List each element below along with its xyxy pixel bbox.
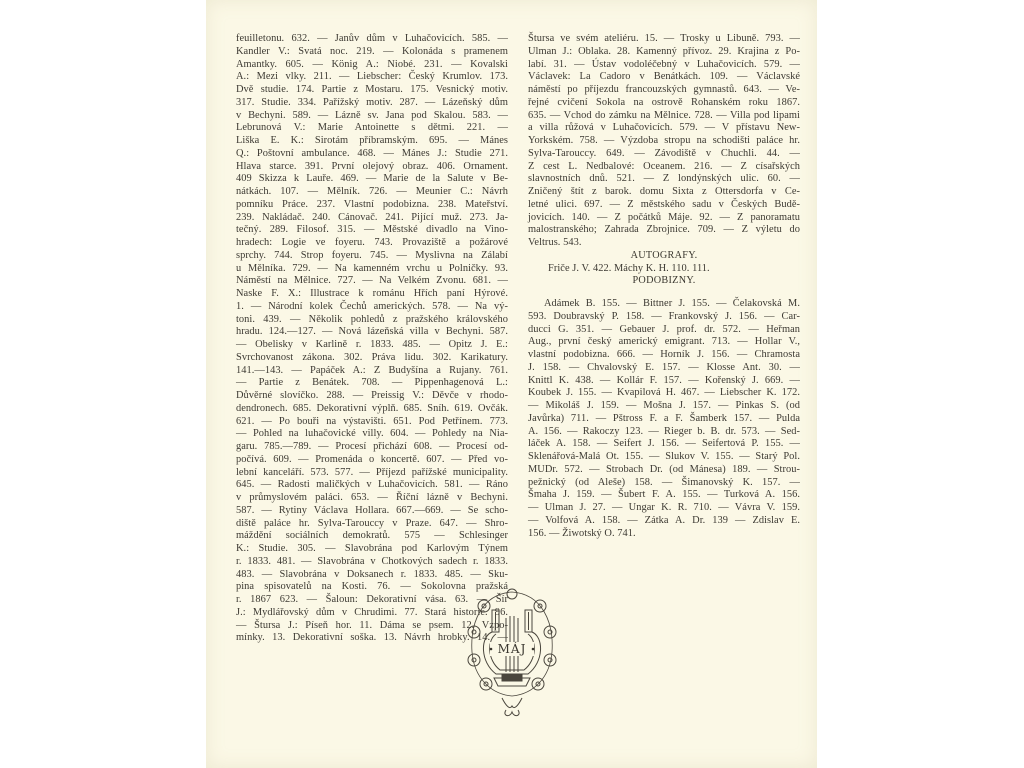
index-line: 621. — Po bouři na výstavišti. 651. Pod … (236, 416, 508, 429)
section-heading-podobizny: PODOBIZNY. (528, 275, 800, 288)
index-line: 587. — Rytiny Václava Hollara. 667.—669.… (236, 505, 508, 518)
index-line: garu. 785.—789. — Procesí přichází 608. … (236, 441, 508, 454)
index-line: — Obelisky v Karlině r. 1833. 485. — Opi… (236, 339, 508, 352)
index-line: Q.: Poštovní ambulance. 468. — Mánes J.:… (236, 148, 508, 161)
index-line: Ulman J.: Oblaka. 28. Kamenný přívoz. 29… (528, 46, 800, 59)
index-line: Lebrunová V.: Marie Antoinette s dětmi. … (236, 122, 508, 135)
index-line: Liška E. K.: Sirotám příbramským. 695. —… (236, 135, 508, 148)
index-line: lební kanceláří. 573. 577. — Příjezd pař… (236, 467, 508, 480)
index-line: 409 Skizza k Lauře. 469. — Marie de la S… (236, 173, 508, 186)
autografy-entries: Friče J. V. 422. Máchy K. H. 110. 111. (528, 263, 800, 276)
index-line: hradech: Logie ve foyeru. 743. Provazišt… (236, 237, 508, 250)
index-line: A.: Mezi vlky. 211. — Liebscher: Český K… (236, 71, 508, 84)
index-line: J. 158. — Chvalovský E. 157. — Klosse An… (528, 362, 800, 375)
index-line: Aug., první český americký emigrant. 713… (528, 336, 800, 349)
index-line: — Mikoláš J. 159. — Mošna J. 157. — Pink… (528, 400, 800, 413)
index-line: Hlava starce. 391. První olejový obraz. … (236, 161, 508, 174)
index-line: Javůrka) 711. — Pštross F. a F. Šamberk … (528, 413, 800, 426)
index-line: r. 1833. 481. — Slavobrána v Chotkových … (236, 556, 508, 569)
index-line: ducci G. 351. — Gebauer J. prof. dr. 572… (528, 324, 800, 337)
index-line: Štursa ve svém ateliéru. 15. — Trosky u … (528, 33, 800, 46)
ornament-monogram: MÁJ (498, 641, 527, 656)
index-line: Z cest L. Nedbalové: Oceanem. 216. — Z c… (528, 161, 800, 174)
index-line: 593. Doubravský P. 158. — Frankovský J. … (528, 311, 800, 324)
index-line: nátkách. 107. — Mělník. 726. — Meunier C… (236, 186, 508, 199)
index-line: vlastní podobizna. 666. — Horník J. 156.… (528, 349, 800, 362)
index-line: — Partie z Benátek. 708. — Pippenhagenov… (236, 377, 508, 390)
index-line: v průmyslovém paláci. 653. — Říční lázně… (236, 492, 508, 505)
index-line: v Bechyni. 589. — Lázně sv. Jana pod Ska… (236, 110, 508, 123)
index-line: máždění sociálních demokratů. 575 — Schl… (236, 530, 508, 543)
index-line: 635. — Vchod do zámku na Mělnice. 728. —… (528, 110, 800, 123)
index-line: slavnostních dnů. 521. — Z londýnských u… (528, 173, 800, 186)
index-line: Koubek J. 155. — Kvapilová H. 467. — Lie… (528, 387, 800, 400)
index-line: dendronech. 685. Dekorativní výplň. 685.… (236, 403, 508, 416)
index-line: diště paláce hr. Sylva-Tarouccy v Praze.… (236, 518, 508, 531)
index-line: Dvě studie. 174. Partie z Mostaru. 175. … (236, 84, 508, 97)
index-line: Náměstí na Mělnice. 727. — Na Velkém Zvo… (236, 275, 508, 288)
lyre-wreath-vignette-icon: MÁJ (462, 582, 562, 722)
index-line: toni. 439. — Několik pohledů z pražského… (236, 314, 508, 327)
index-line: sprchy. 744. Strop foyeru. 745. — Mysliv… (236, 250, 508, 263)
index-line: 645. — Radosti maličkých v Luhačovicích.… (236, 479, 508, 492)
index-line: hradu. 124.—127. — Nová lázeňská villa v… (236, 326, 508, 339)
index-line: Důvěrné slovíčko. 288. — Preissig V.: Dě… (236, 390, 508, 403)
index-line: láček A. 158. — Seifert J. 156. — Seifer… (528, 438, 800, 451)
index-line: Sklenářová-Malá Ot. 155. — Slukov V. 155… (528, 451, 800, 464)
book-page: feuilletonu. 632. — Janův dům v Luhačovi… (206, 0, 817, 768)
index-line: 1. — Národní kolek Čechů amerických. 578… (236, 301, 508, 314)
index-line: 239. Nakládač. 240. Cánovač. 241. Pijící… (236, 212, 508, 225)
index-line: jovicích. 140. — Z počátků Máje. 92. — Z… (528, 212, 800, 225)
index-line: a villa růžová v Luhačovicích. 579. — V … (528, 122, 800, 135)
index-line: letné ulici. 697. — Z městského sadu v Č… (528, 199, 800, 212)
index-line: Adámek B. 155. — Bittner J. 155. — Čelak… (528, 298, 800, 311)
index-line: feuilletonu. 632. — Janův dům v Luhačovi… (236, 33, 508, 46)
index-line: řejné cvičení Sokola na ostrově Rohanské… (528, 97, 800, 110)
index-line: MUDr. 572. — Strobach Dr. (od Mánesa) 18… (528, 464, 800, 477)
index-line: Svrchovanost zákona. 302. Práva lidu. 30… (236, 352, 508, 365)
index-line: Zničený štít z barok. domu Sixta z Otter… (528, 186, 800, 199)
index-line: malostranského; Zahrada Zbrojnice. 709. … (528, 224, 800, 237)
right-column-index-text: Štursa ve svém ateliéru. 15. — Trosky u … (528, 33, 800, 540)
index-line: 317. Studie. 334. Pařížský motiv. 287. —… (236, 97, 508, 110)
index-line: náměstí po příjezdu francouzských gymnas… (528, 84, 800, 97)
index-line: 156. — Žiwotský O. 741. (528, 528, 800, 541)
index-line: Sylva-Tarouccy. 649. — Závodiště v Chuch… (528, 148, 800, 161)
index-line: — Pohled na luhačovické villy. 604. — Po… (236, 428, 508, 441)
index-line: 483. — Slavobrána v Doksanech r. 1833. 4… (236, 569, 508, 582)
index-line: Amantky. 605. — König A.: Niobé. 231. — … (236, 59, 508, 72)
index-line: 141.—143. — Papáček A.: Z Budyšína a Ruj… (236, 365, 508, 378)
section-heading-autografy: AUTOGRAFY. (528, 250, 800, 263)
index-line: labí. 31. — Ústav vodoléčebný v Luhačovi… (528, 59, 800, 72)
index-line: počívá. 609. — Promenáda o koncertě. 607… (236, 454, 508, 467)
index-line: u Mělníka. 729. — Na kamenném vrchu u Po… (236, 263, 508, 276)
index-line: tečný. 289. Filosof. 315. — Městské diva… (236, 224, 508, 237)
index-line: — Ulman J. 27. — Ungar K. R. 710. — Vávr… (528, 502, 800, 515)
index-line: Kandler V.: Svatá noc. 219. — Kolonáda s… (236, 46, 508, 59)
index-line: Veltrus. 543. (528, 237, 800, 250)
index-line: — Volfová A. 158. — Zátka A. Dr. 139 — Z… (528, 515, 800, 528)
index-line: Naske F. X.: Illustrace k románu Hřích p… (236, 288, 508, 301)
index-line: pežnický (od Aleše) 158. — Šimanovský K.… (528, 477, 800, 490)
podobizny-entries: Adámek B. 155. — Bittner J. 155. — Čelak… (528, 298, 800, 540)
left-column-index-text: feuilletonu. 632. — Janův dům v Luhačovi… (236, 33, 508, 645)
index-line: pomníku Práce. 237. Vlastní podobizna. 2… (236, 199, 508, 212)
index-line: Knittl K. 438. — Kollár F. 157. — Kořens… (528, 375, 800, 388)
index-continuation: Štursa ve svém ateliéru. 15. — Trosky u … (528, 33, 800, 250)
index-line: A. 156. — Rakoczy 123. — Rieger b. B. dr… (528, 426, 800, 439)
index-line: Yorkském. 758. — Výzdoba stropu na schod… (528, 135, 800, 148)
index-line: K.: Studie. 305. — Slavobrána pod Karlov… (236, 543, 508, 556)
index-line: Václavek: La Cadoro v Benátkách. 109. — … (528, 71, 800, 84)
index-line: Šmaha J. 159. — Šubert F. A. 155. — Turk… (528, 489, 800, 502)
